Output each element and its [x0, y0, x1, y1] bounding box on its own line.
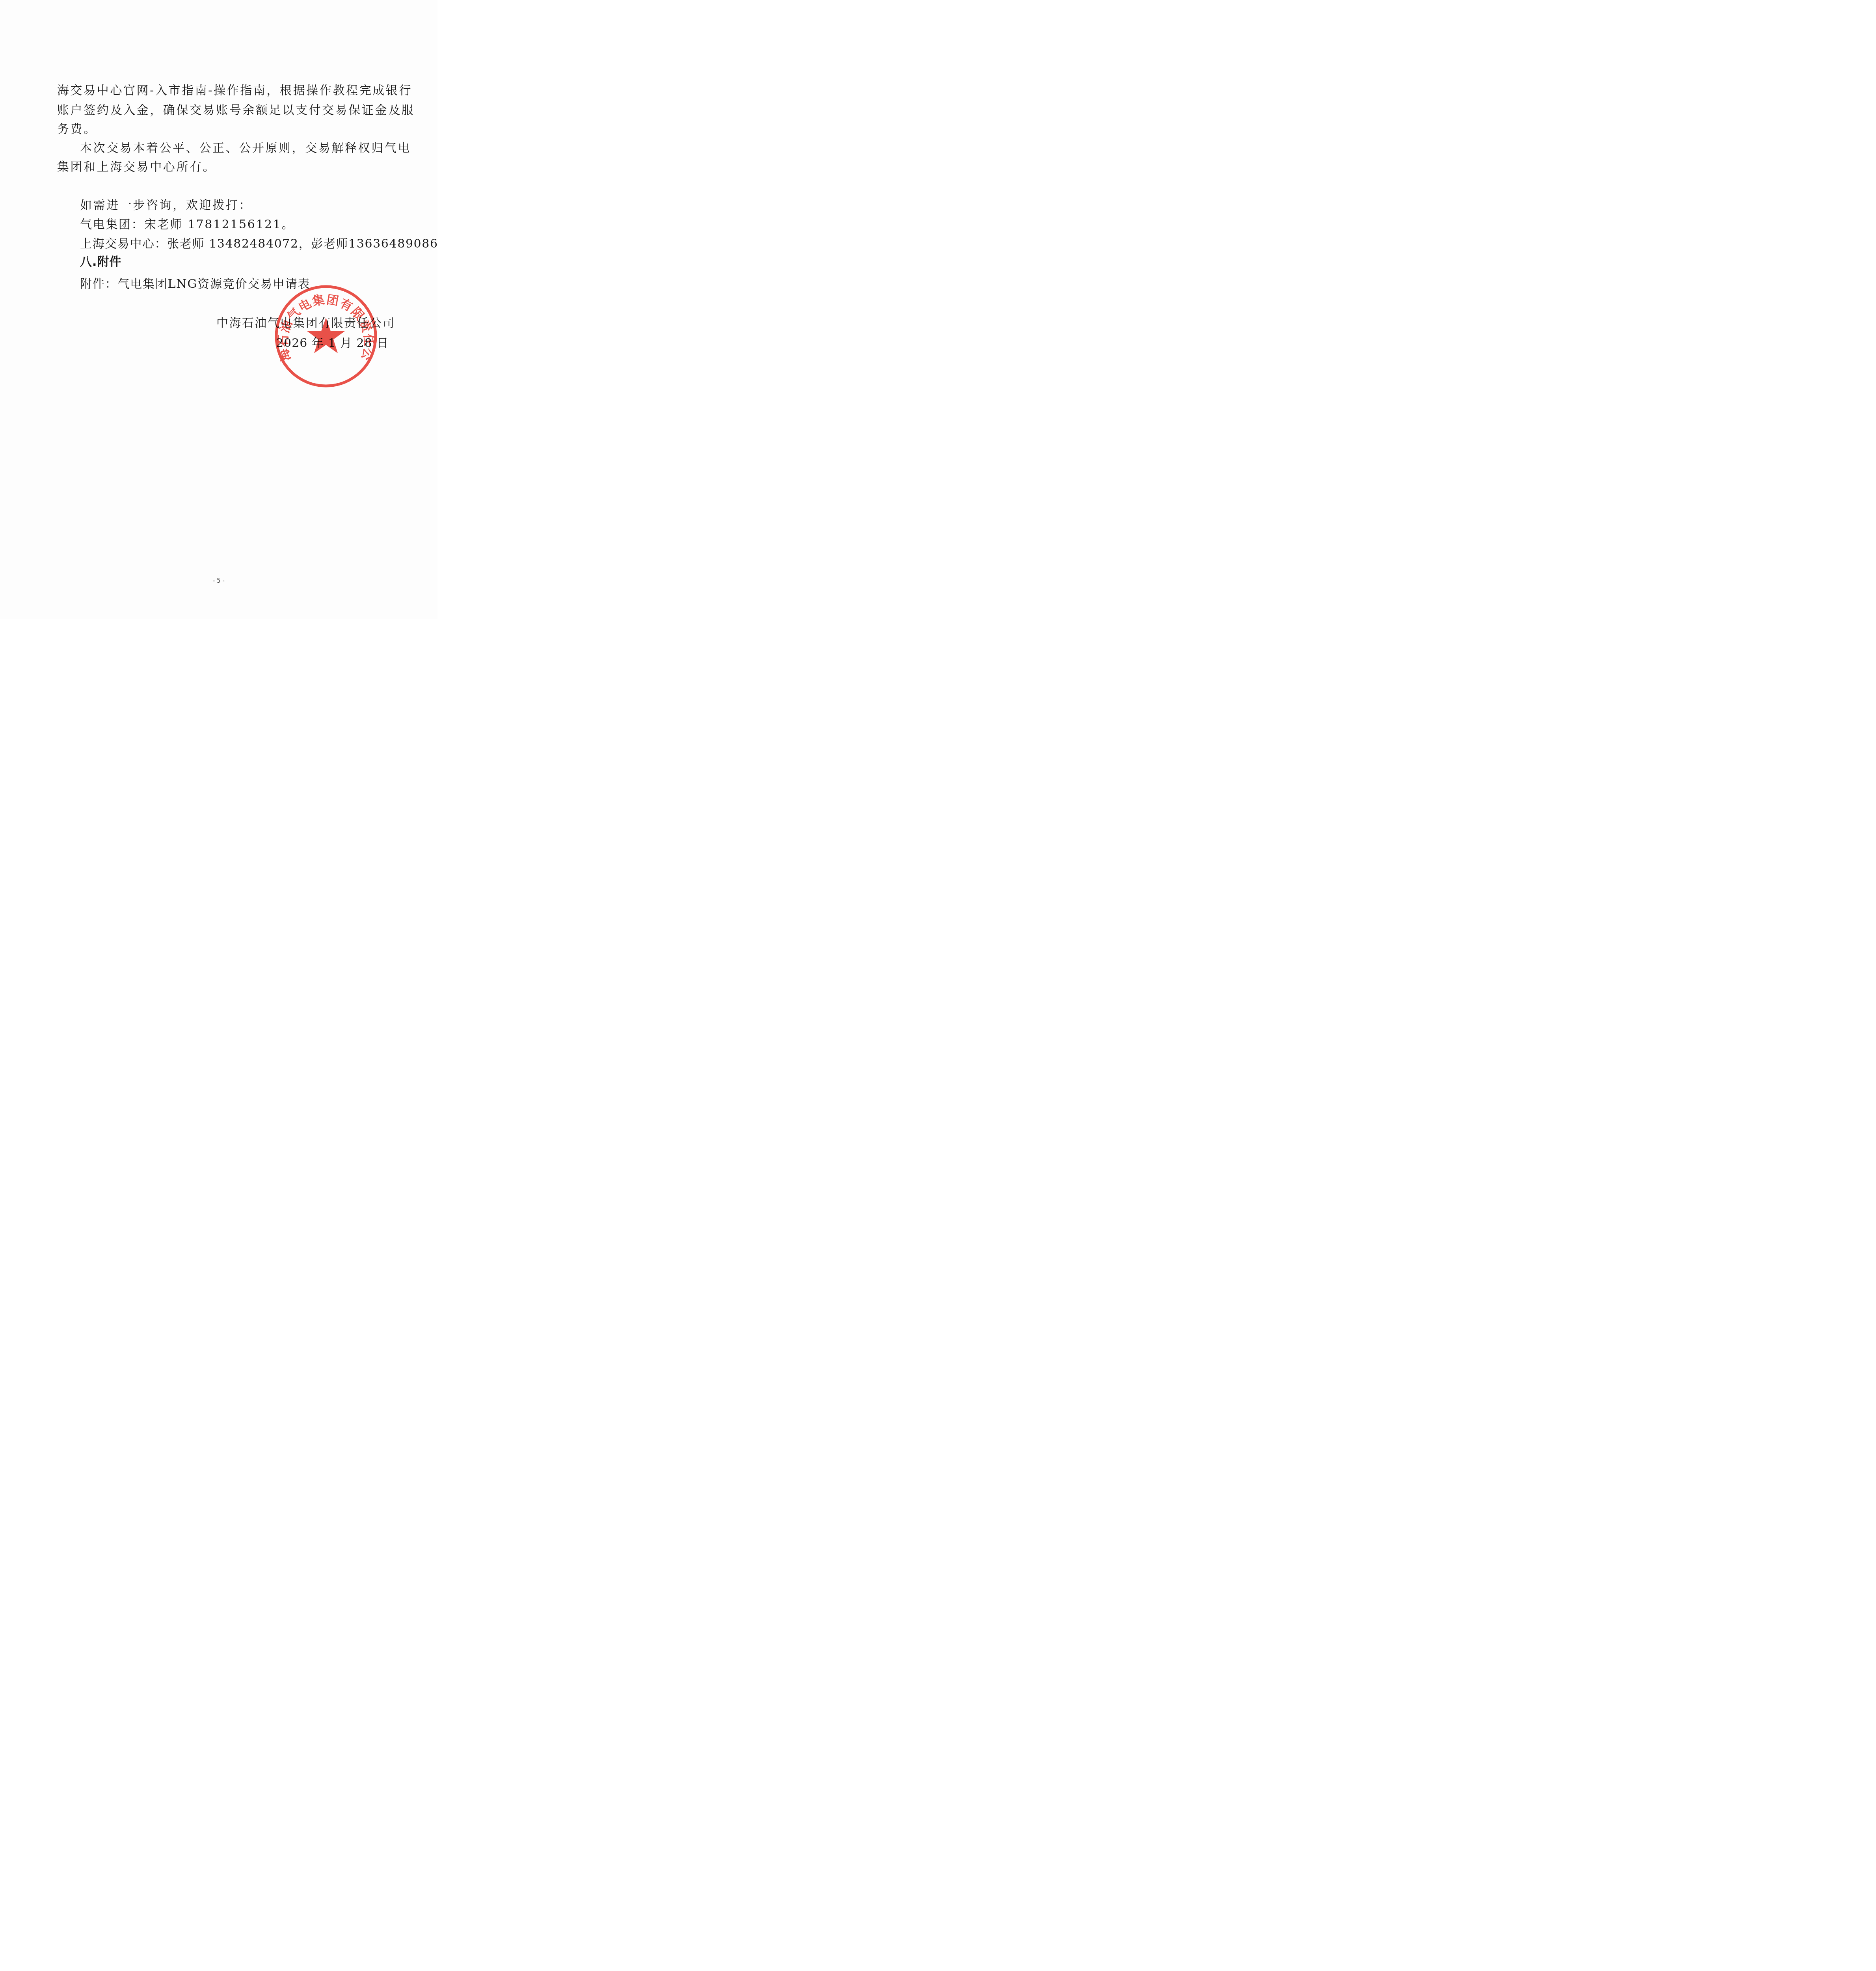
paragraph-line: 务费。	[57, 123, 97, 135]
official-seal-icon: 中海石油气电集团有限责任公司	[273, 283, 379, 389]
paragraph-line: 账户签约及入金，确保交易账号余额足以支付交易保证金及服	[57, 104, 415, 116]
page-number: - 5 -	[0, 577, 437, 584]
contact-gas-power-group: 气电集团：宋老师 17812156121。	[80, 219, 294, 231]
paragraph-line: 本次交易本着公平、公正、公开原则，交易解释权归气电	[80, 142, 411, 154]
paragraph-line: 海交易中心官网-入市指南-操作指南，根据操作教程完成银行	[57, 85, 412, 97]
paragraph-line: 集团和上海交易中心所有。	[57, 161, 216, 173]
contact-shanghai-center: 上海交易中心：张老师 13482484072，彭老师13636489086。	[80, 238, 437, 250]
contact-intro: 如需进一步咨询，欢迎拨打：	[80, 199, 252, 211]
section-heading-attachments: 八.附件	[80, 256, 121, 268]
document-page: 海交易中心官网-入市指南-操作指南，根据操作教程完成银行 账户签约及入金，确保交…	[0, 0, 437, 619]
